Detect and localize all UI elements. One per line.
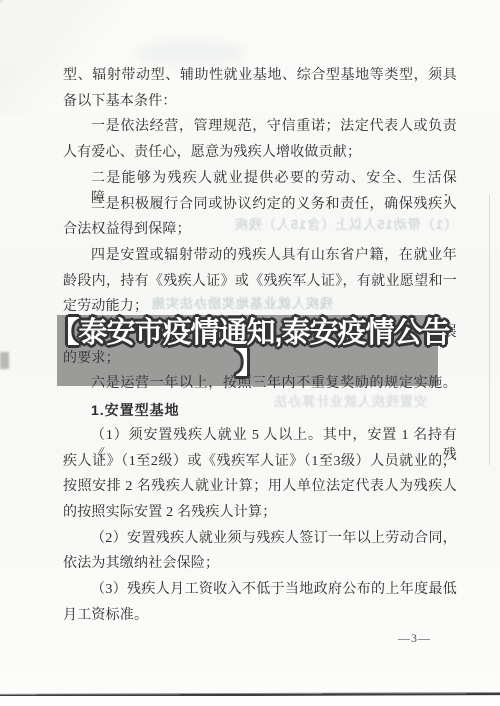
scan-fold-line	[489, 195, 490, 465]
document-line: 型、辐射带动型、辅助性就业基地、综合型基地等类型，须具	[63, 66, 457, 88]
watermark-text-line1: 【泰安市疫情通知,泰安疫情公告	[0, 317, 500, 350]
document-line: 月工资标准。	[63, 606, 457, 628]
document-line: 四是安置或辐射带动的残疾人具有山东省户籍，在就业年	[63, 246, 457, 268]
document-line: 的按照实际安置 2 名残疾人计算；	[63, 503, 457, 525]
document-line: （2）安置残疾人就业须与残疾人签订一年以上劳动合同，	[63, 529, 457, 551]
watermark: 【泰安市疫情通知,泰安疫情公告 】	[0, 317, 500, 378]
document-line: 人有爱心、责任心，愿意为残疾人增收做贡献；	[63, 143, 457, 165]
document-line: 按照安排 2 名残疾人就业计算；用人单位法定代表人为残疾人	[63, 477, 457, 499]
scanner-edge-below	[0, 696, 500, 706]
document-line: 一是依法经营，管理规范，守信重诺；法定代表人或负责	[63, 117, 457, 139]
document-line: 龄段内，持有《残疾人证》或《残疾军人证》，有就业愿望和一	[63, 272, 457, 294]
page-number: —3—	[398, 631, 431, 646]
document-line: 备以下基本条件：	[63, 92, 457, 114]
document-line: （3）残疾人月工资收入不低于当地政府公布的上年度最低	[63, 580, 457, 602]
document-line: 二是能够为残疾人就业提供必要的劳动、安全、生活保障；	[63, 169, 457, 191]
document-line: 疾人证》（1至2级）或《残疾军人证》（1至3级）人员就业的，	[63, 452, 457, 474]
document-line: 1.安置型基地	[63, 400, 457, 422]
document-line: 依法为其缴纳社会保险；	[63, 554, 457, 576]
watermark-text-line2: 】	[0, 350, 500, 378]
scan-edge-smudge	[0, 352, 9, 369]
document-line: （1）须安置残疾人就业 5 人以上。其中，安置 1 名持有《残	[63, 426, 457, 448]
document-line: 三是积极履行合同或协议约定的义务和责任，确保残疾人	[63, 195, 457, 217]
scanned-document-page: （1）带动15人以上（含15人）残疾 残疾人就业基地奖励办法实施 安置残疾人就业…	[0, 0, 500, 706]
document-line: 合法权益得到保障；	[63, 220, 457, 242]
